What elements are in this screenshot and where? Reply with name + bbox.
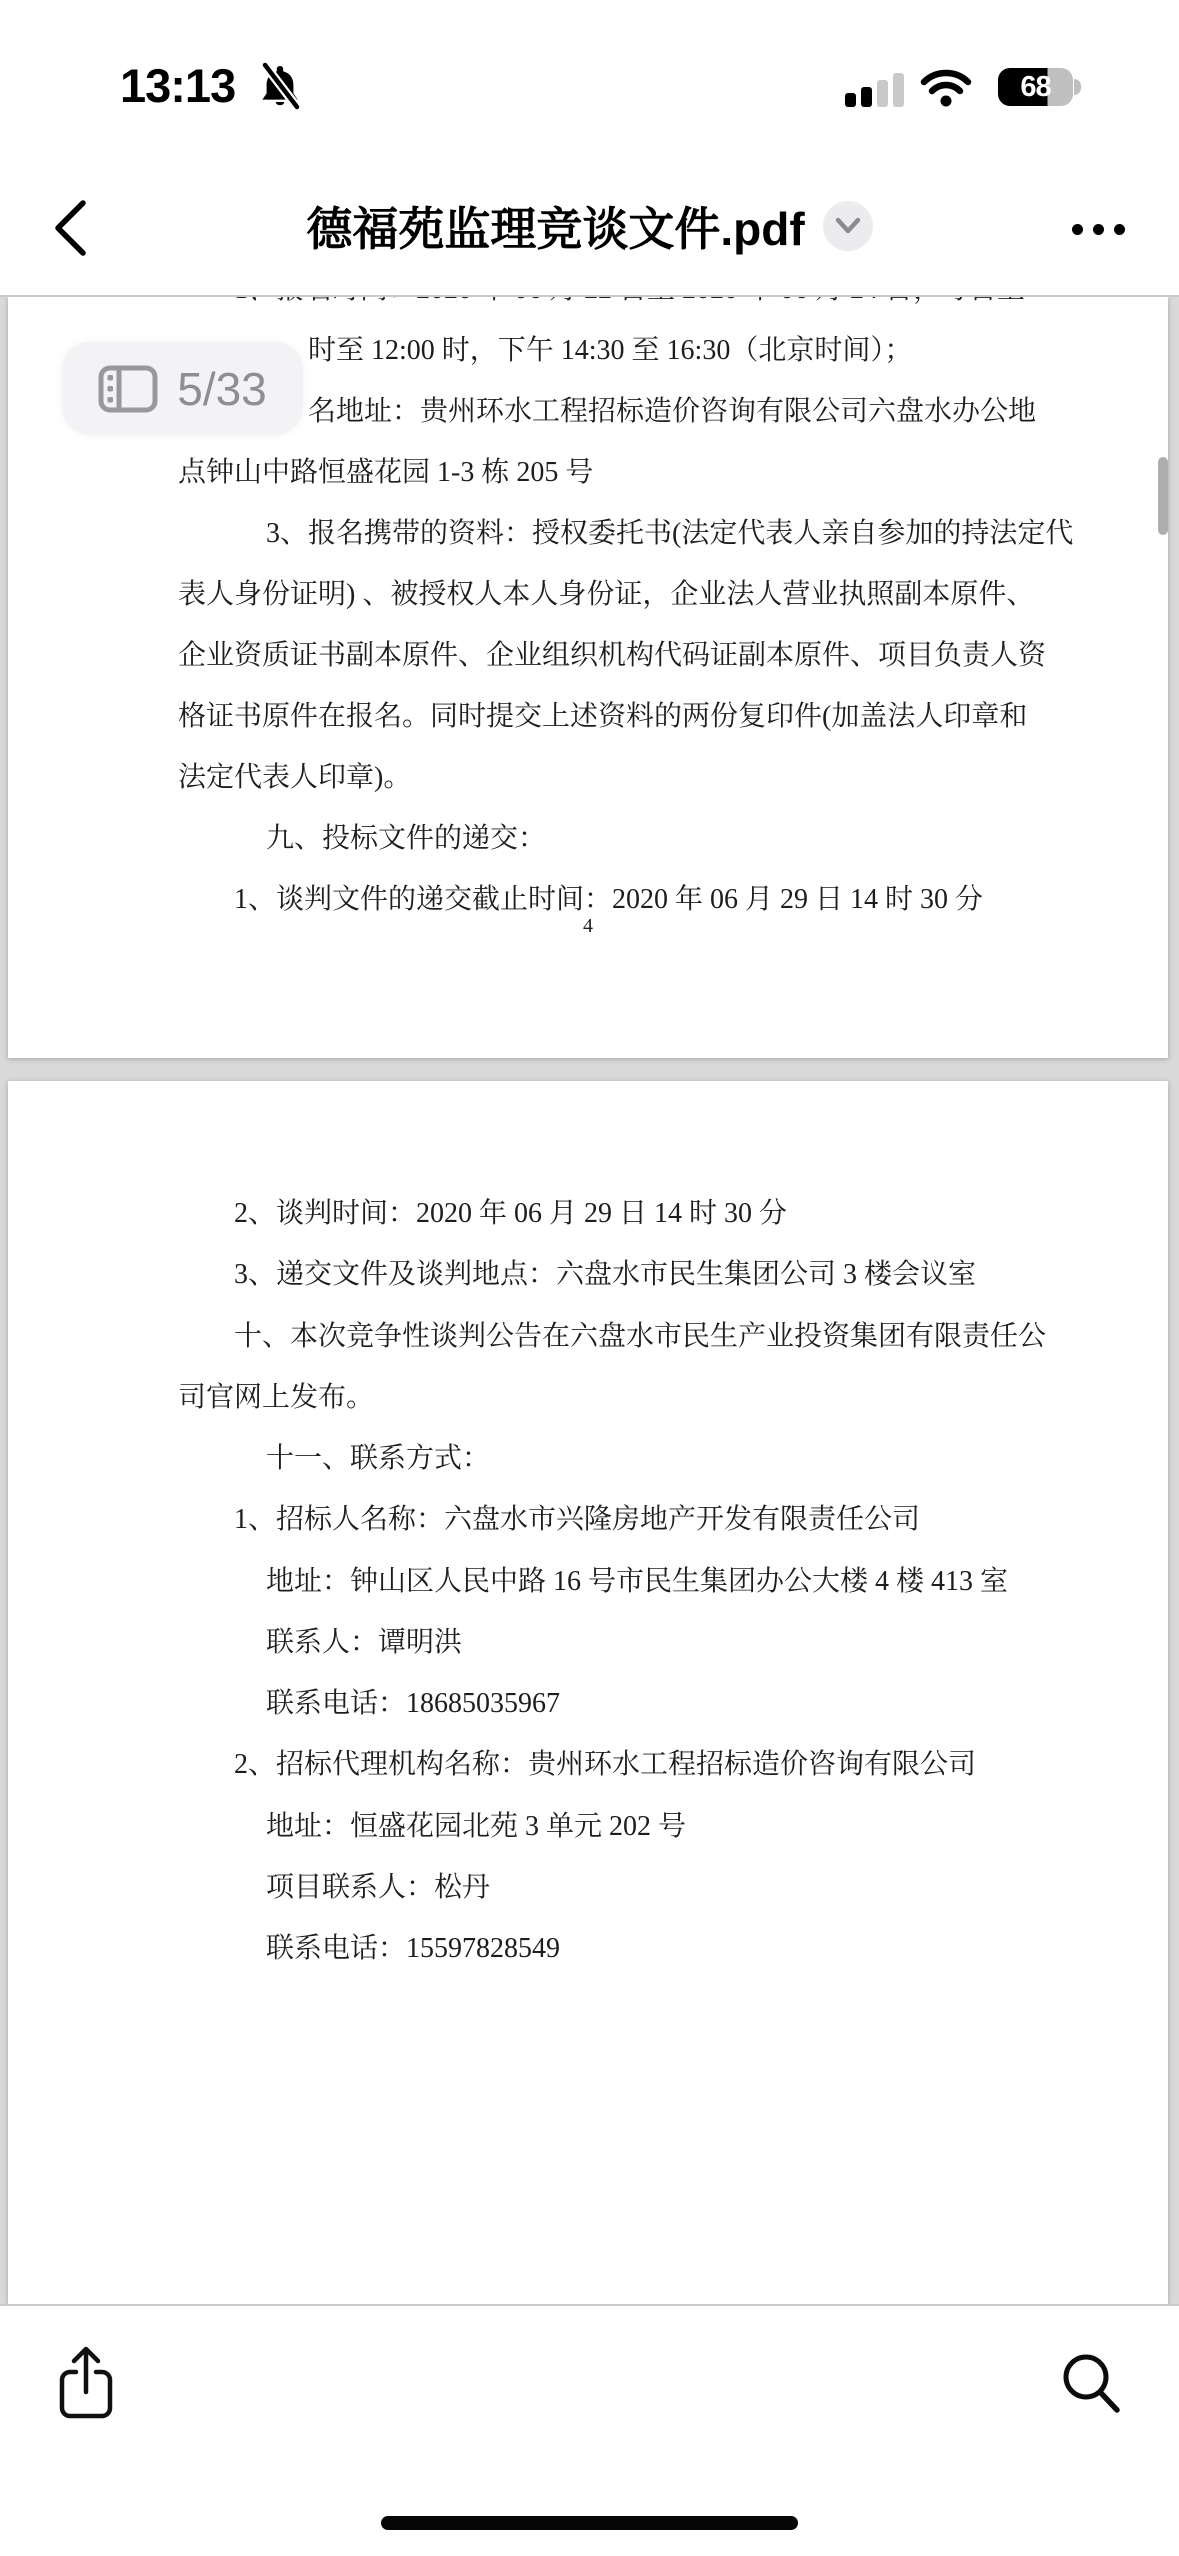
- document-line: 2、招标代理机构名称：贵州环水工程招标造价咨询有限公司: [234, 1745, 976, 1785]
- search-icon: [1058, 2350, 1124, 2416]
- wifi-icon: [920, 68, 972, 108]
- document-line: 点钟山中路恒盛花园 1-3 栋 205 号: [178, 453, 593, 493]
- share-icon: [56, 2344, 116, 2422]
- status-time: 13:13: [120, 58, 235, 113]
- ellipsis-icon: [1072, 224, 1083, 235]
- signal-bar: [861, 87, 872, 107]
- document-line: 十、本次竞争性谈判公告在六盘水市民生产业投资集团有限责任公: [234, 1317, 1046, 1357]
- document-line: 名地址：贵州环水工程招标造价咨询有限公司六盘水办公地: [308, 392, 1036, 432]
- document-scroll-area[interactable]: 4 1、报名时间：2020 年 06 月 22 日至 2020 年 06 月 2…: [0, 297, 1179, 2304]
- nav-separator: [0, 295, 1179, 297]
- document-line: 联系人：谭明洪: [266, 1623, 462, 1663]
- page-indicator-badge[interactable]: 5/33: [62, 342, 303, 435]
- document-line: 地址：恒盛花园北苑 3 单元 202 号: [266, 1807, 686, 1847]
- header: 13:13 68 德福苑监: [0, 0, 1179, 297]
- document-line: 企业资质证书副本原件、企业组织机构代码证副本原件、项目负责人资: [178, 636, 1046, 676]
- ellipsis-icon: [1114, 224, 1125, 235]
- battery-icon: 68: [998, 68, 1084, 106]
- share-button[interactable]: [56, 2344, 116, 2425]
- signal-bar: [893, 73, 904, 107]
- document-line: 十一、联系方式：: [266, 1439, 490, 1479]
- document-line: 3、报名携带的资料：授权委托书(法定代表人亲自参加的持法定代: [266, 514, 1073, 554]
- document-line: 1、谈判文件的递交截止时间：2020 年 06 月 29 日 14 时 30 分: [234, 880, 983, 920]
- home-indicator[interactable]: [381, 2516, 798, 2530]
- document-line: 联系电话：15597828549: [266, 1929, 560, 1969]
- title-menu-button[interactable]: [823, 201, 873, 251]
- bell-slash-icon: [256, 62, 304, 110]
- document-line: 2、谈判时间：2020 年 06 月 29 日 14 时 30 分: [234, 1194, 787, 1234]
- document-line: 联系电话：18685035967: [266, 1684, 560, 1724]
- signal-bar: [877, 80, 888, 107]
- document-line: 司官网上发布。: [178, 1378, 374, 1418]
- scrollbar[interactable]: [1158, 457, 1168, 535]
- title-row: 德福苑监理竞谈文件.pdf: [0, 196, 1179, 256]
- document-line: 3、递交文件及谈判地点：六盘水市民生集团公司 3 楼会议室: [234, 1255, 976, 1295]
- page-indicator-label: 5/33: [177, 362, 267, 416]
- battery-percent: 68: [998, 68, 1073, 106]
- more-options-button[interactable]: [1068, 214, 1129, 244]
- document-line: 表人身份证明) 、被授权人本人身份证，企业法人营业执照副本原件、: [178, 575, 1034, 615]
- ellipsis-icon: [1093, 224, 1104, 235]
- page-title: 德福苑监理竞谈文件.pdf: [306, 193, 804, 259]
- document-line: 法定代表人印章)。: [178, 758, 411, 798]
- document-line: 九、投标文件的递交：: [266, 819, 546, 859]
- cellular-signal-icon: [845, 70, 904, 107]
- document-line: 时至 12:00 时，下午 14:30 至 16:30（北京时间）；: [308, 331, 912, 371]
- battery-nub: [1074, 79, 1081, 95]
- search-button[interactable]: [1058, 2350, 1124, 2419]
- document-line: 1、招标人名称：六盘水市兴隆房地产开发有限责任公司: [234, 1500, 920, 1540]
- document-line: 地址：钟山区人民中路 16 号市民生集团办公大楼 4 楼 413 室: [266, 1562, 1008, 1602]
- page-thumbnails-icon: [98, 365, 158, 413]
- document-line: 格证书原件在报名。同时提交上述资料的两份复印件(加盖法人印章和: [178, 697, 1027, 737]
- toolbar-separator: [0, 2304, 1179, 2306]
- signal-bar: [845, 93, 856, 107]
- pdf-page-5: 2、谈判时间：2020 年 06 月 29 日 14 时 30 分3、递交文件及…: [8, 1081, 1168, 2304]
- chevron-down-icon: [834, 216, 862, 236]
- document-line: 项目联系人：松丹: [266, 1868, 490, 1908]
- pdf-viewer-screen: 13:13 68 德福苑监: [0, 0, 1179, 2556]
- document-line: 1、报名时间：2020 年 06 月 22 日至 2020 年 06 月 24 …: [234, 297, 1025, 310]
